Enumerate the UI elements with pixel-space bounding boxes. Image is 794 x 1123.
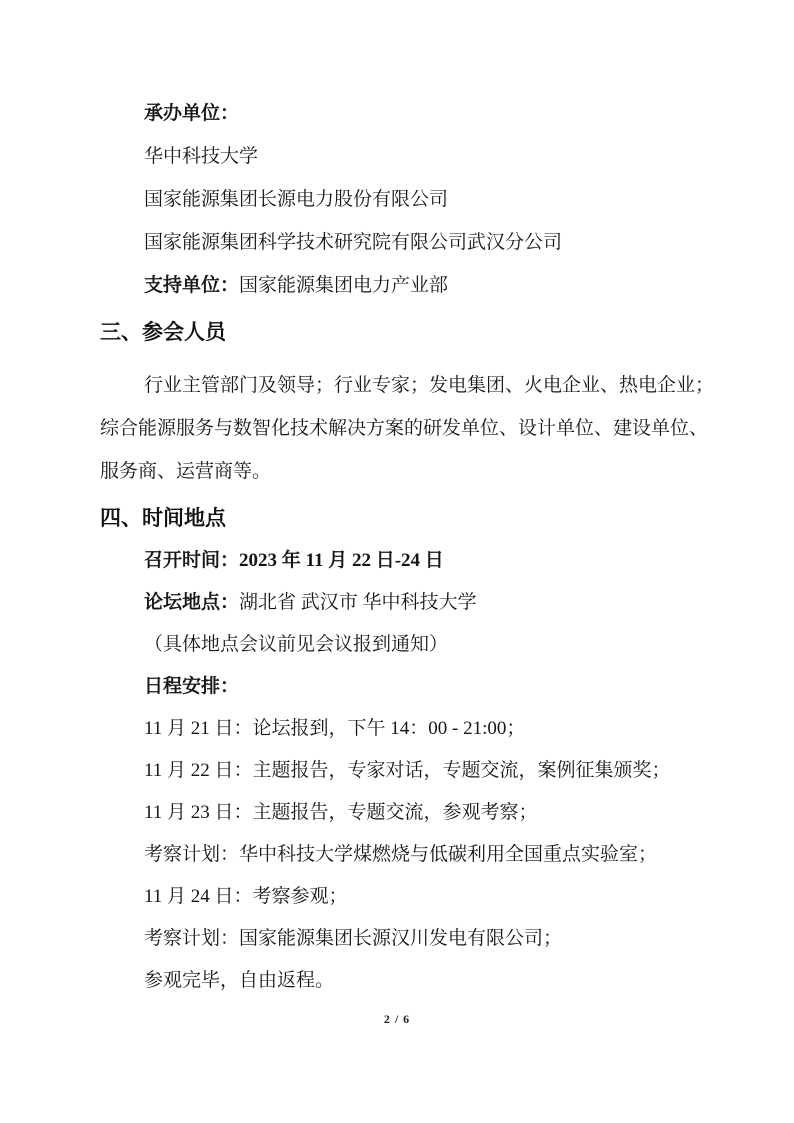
venue-value: 湖北省 武汉市 华中科技大学 — [239, 592, 477, 613]
agenda-line: 11 月 23 日：主题报告，专题交流，参观考察； — [100, 792, 696, 834]
attendees-paragraph-line: 行业主管部门及领导；行业专家；发电集团、火电企业、热电企业； — [100, 364, 696, 407]
document-content: 承办单位： 华中科技大学 国家能源集团长源电力股份有限公司 国家能源集团科学技术… — [100, 92, 696, 1002]
agenda-line: 考察计划：华中科技大学煤燃烧与低碳利用全国重点实验室； — [100, 834, 696, 876]
venue-note: （具体地点会议前见会议报到通知） — [100, 624, 696, 666]
organizer-item: 华中科技大学 — [100, 135, 696, 178]
support-line: 支持单位：国家能源集团电力产业部 — [100, 264, 696, 307]
attendees-paragraph-line: 服务商、运营商等。 — [100, 450, 696, 493]
support-label: 支持单位： — [144, 275, 239, 296]
organizer-label: 承办单位： — [100, 92, 696, 135]
time-place-block: 召开时间：2023 年 11 月 22 日-24 日 论坛地点：湖北省 武汉市 … — [100, 540, 696, 1002]
support-value: 国家能源集团电力产业部 — [239, 275, 448, 296]
attendees-paragraph-line: 综合能源服务与数智化技术解决方案的研发单位、设计单位、建设单位、 — [100, 407, 696, 450]
meeting-time-line: 召开时间：2023 年 11 月 22 日-24 日 — [100, 540, 696, 582]
meeting-time-label: 召开时间： — [144, 550, 239, 571]
section-heading-attendees: 三、参会人员 — [100, 311, 696, 354]
agenda-label: 日程安排： — [100, 666, 696, 708]
venue-label: 论坛地点： — [144, 592, 239, 613]
page-number: 2 / 6 — [0, 1012, 794, 1027]
agenda-line: 11 月 24 日：考察参观； — [100, 876, 696, 918]
section-heading-time-place: 四、时间地点 — [100, 497, 696, 540]
agenda-line: 11 月 22 日：主题报告，专家对话，专题交流，案例征集颁奖； — [100, 750, 696, 792]
meeting-time-value: 2023 年 11 月 22 日-24 日 — [239, 550, 444, 571]
agenda-line: 考察计划：国家能源集团长源汉川发电有限公司； — [100, 918, 696, 960]
organizer-item: 国家能源集团长源电力股份有限公司 — [100, 178, 696, 221]
agenda-line: 参观完毕，自由返程。 — [100, 960, 696, 1002]
agenda-line: 11 月 21 日：论坛报到，下午 14：00 - 21:00； — [100, 708, 696, 750]
organizer-item: 国家能源集团科学技术研究院有限公司武汉分公司 — [100, 221, 696, 264]
document-page: 承办单位： 华中科技大学 国家能源集团长源电力股份有限公司 国家能源集团科学技术… — [0, 0, 794, 1123]
venue-line: 论坛地点：湖北省 武汉市 华中科技大学 — [100, 582, 696, 624]
